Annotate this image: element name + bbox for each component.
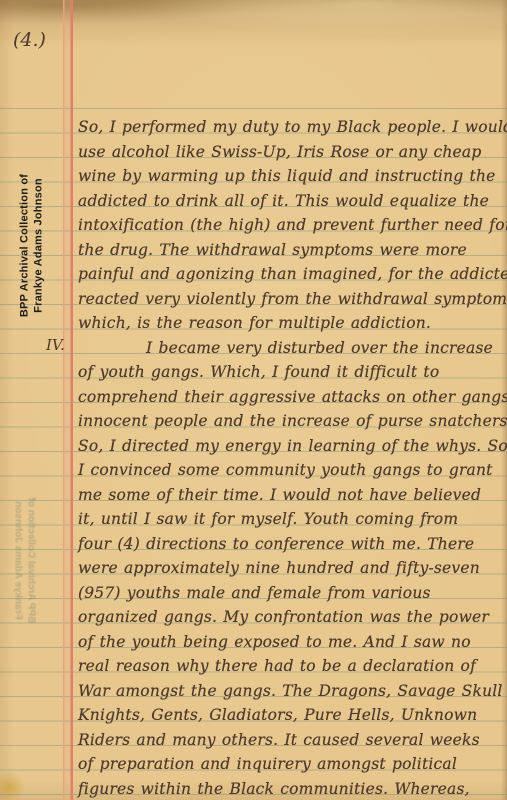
manuscript-line: So, I performed my duty to my Black peop… <box>78 115 505 140</box>
manuscript-line: figures within the Black communities. Wh… <box>78 777 505 800</box>
manuscript-line: intoxification (the high) and prevent fu… <box>78 213 505 238</box>
manuscript-text: So, I performed my duty to my Black peop… <box>78 115 505 800</box>
archival-stamp: BPP Archival Collection of Frankye Adams… <box>19 166 46 326</box>
archival-stamp-line2: Frankye Adams Johnson <box>32 166 46 326</box>
manuscript-line: So, I directed my energy in learning of … <box>78 434 505 459</box>
manuscript-line: addicted to drink all of it. This would … <box>78 189 505 214</box>
manuscript-line: me some of their time. I would not have … <box>78 483 505 508</box>
manuscript-line: were approximately nine hundred and fift… <box>78 556 505 581</box>
stamp-bleedthrough-line2: Frankye Adams Johnson <box>12 491 25 631</box>
manuscript-line: of preparation and inquirery amongst pol… <box>78 752 505 777</box>
red-margin-line <box>62 0 74 800</box>
manuscript-line: the drug. The withdrawal symptoms were m… <box>78 238 505 263</box>
manuscript-line: Riders and many others. It caused severa… <box>78 728 505 753</box>
manuscript-line: (957) youths male and female from variou… <box>78 581 505 606</box>
manuscript-line: use alcohol like Swiss-Up, Iris Rose or … <box>78 140 505 165</box>
section-numeral: IV. <box>46 336 65 354</box>
stamp-bleedthrough-line1: BPP Archival Collection of <box>24 491 37 631</box>
manuscript-line: I became very disturbed over the increas… <box>78 336 505 361</box>
stamp-bleedthrough: BPP Archival Collection of Frankye Adams… <box>12 491 37 631</box>
manuscript-line: of the youth being exposed to me. And I … <box>78 630 505 655</box>
manuscript-line: wine by warming up this liquid and instr… <box>78 164 505 189</box>
manuscript-line: innocent people and the increase of purs… <box>78 409 505 434</box>
manuscript-line: painful and agonizing than imagined, for… <box>78 262 505 287</box>
manuscript-line: Knights, Gents, Gladiators, Pure Hells, … <box>78 703 505 728</box>
manuscript-line: War amongst the gangs. The Dragons, Sava… <box>78 679 505 704</box>
manuscript-line: four (4) directions to conference with m… <box>78 532 505 557</box>
manuscript-line: which, is the reason for multiple addict… <box>78 311 505 336</box>
archival-stamp-line1: BPP Archival Collection of <box>19 166 33 326</box>
manuscript-line: it, until I saw it for myself. Youth com… <box>78 507 505 532</box>
manuscript-line: I convinced some community youth gangs t… <box>78 458 505 483</box>
manuscript-line: comprehend their aggressive attacks on o… <box>78 385 505 410</box>
manuscript-line: organized gangs. My confrontation was th… <box>78 605 505 630</box>
manuscript-line: real reason why there had to be a declar… <box>78 654 505 679</box>
page-number: (4.) <box>13 29 46 51</box>
manuscript-page: (4.) BPP Archival Collection of Frankye … <box>0 0 507 800</box>
manuscript-line: of youth gangs. Which, I found it diffic… <box>78 360 505 385</box>
manuscript-line: reacted very violently from the withdraw… <box>78 287 505 312</box>
